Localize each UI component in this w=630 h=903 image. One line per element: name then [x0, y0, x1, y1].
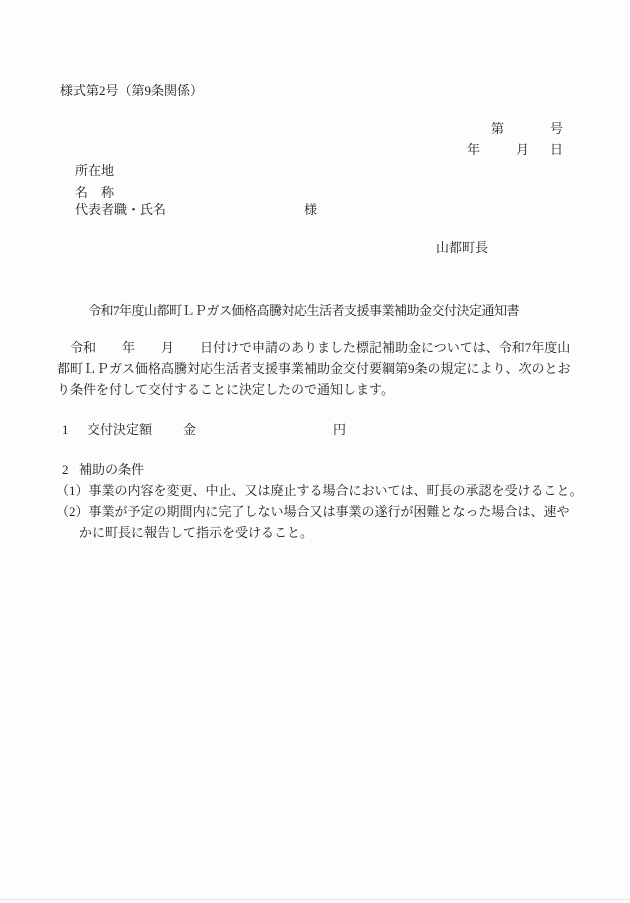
conditions-label: 補助の条件: [79, 463, 144, 478]
grant-amount-label: 交付決定額: [87, 423, 152, 438]
recipient-representative-label: 代表者職・氏名: [75, 203, 166, 218]
grant-amount-number: 1: [62, 423, 69, 438]
currency-prefix: 金: [183, 423, 196, 438]
document-page: 様式第2号（第9条関係） 第号 年月日 所在地 名 称 代表者職・氏名 様 山都…: [0, 0, 630, 903]
year-label: 年: [467, 142, 480, 157]
condition-item-2-continuation: かに町長に報告して指示を受けること。: [79, 526, 313, 541]
body-line-1: 令和 年 月 日付けで申請のありました標記補助金については、令和7年度山: [57, 337, 573, 358]
currency-suffix: 円: [333, 423, 346, 438]
recipient-address-label: 所在地: [75, 164, 114, 179]
month-label: 月: [516, 142, 529, 157]
body-paragraph: 令和 年 月 日付けで申請のありました標記補助金については、令和7年度山 都町Ｌ…: [57, 337, 573, 400]
day-label: 日: [550, 142, 563, 157]
condition-item-2: （2）事業が予定の期間内に完了しない場合又は事業の遂行が困難となった場合は、速や: [56, 505, 570, 520]
conditions-number: 2: [62, 463, 69, 478]
page-bottom-edge: [0, 899, 630, 900]
body-line-2: 都町ＬＰガス価格高騰対応生活者支援事業補助金交付要綱第9条の規定により、次のとお: [57, 358, 573, 379]
condition-item-1: （1）事業の内容を変更、中止、又は廃止する場合においては、町長の承認を受けること…: [56, 484, 583, 499]
body-line-3: り条件を付して交付することに決定したので通知します。: [57, 379, 573, 400]
date-line: 年月日: [454, 123, 563, 174]
form-number: 様式第2号（第9条関係）: [60, 84, 203, 99]
recipient-honorific: 様: [304, 203, 317, 218]
sender-title: 山都町長: [436, 241, 488, 256]
document-title: 令和7年度山都町ＬＰガス価格高騰対応生活者支援事業補助金交付決定通知書: [88, 304, 519, 319]
recipient-name-label: 名 称: [75, 186, 114, 201]
